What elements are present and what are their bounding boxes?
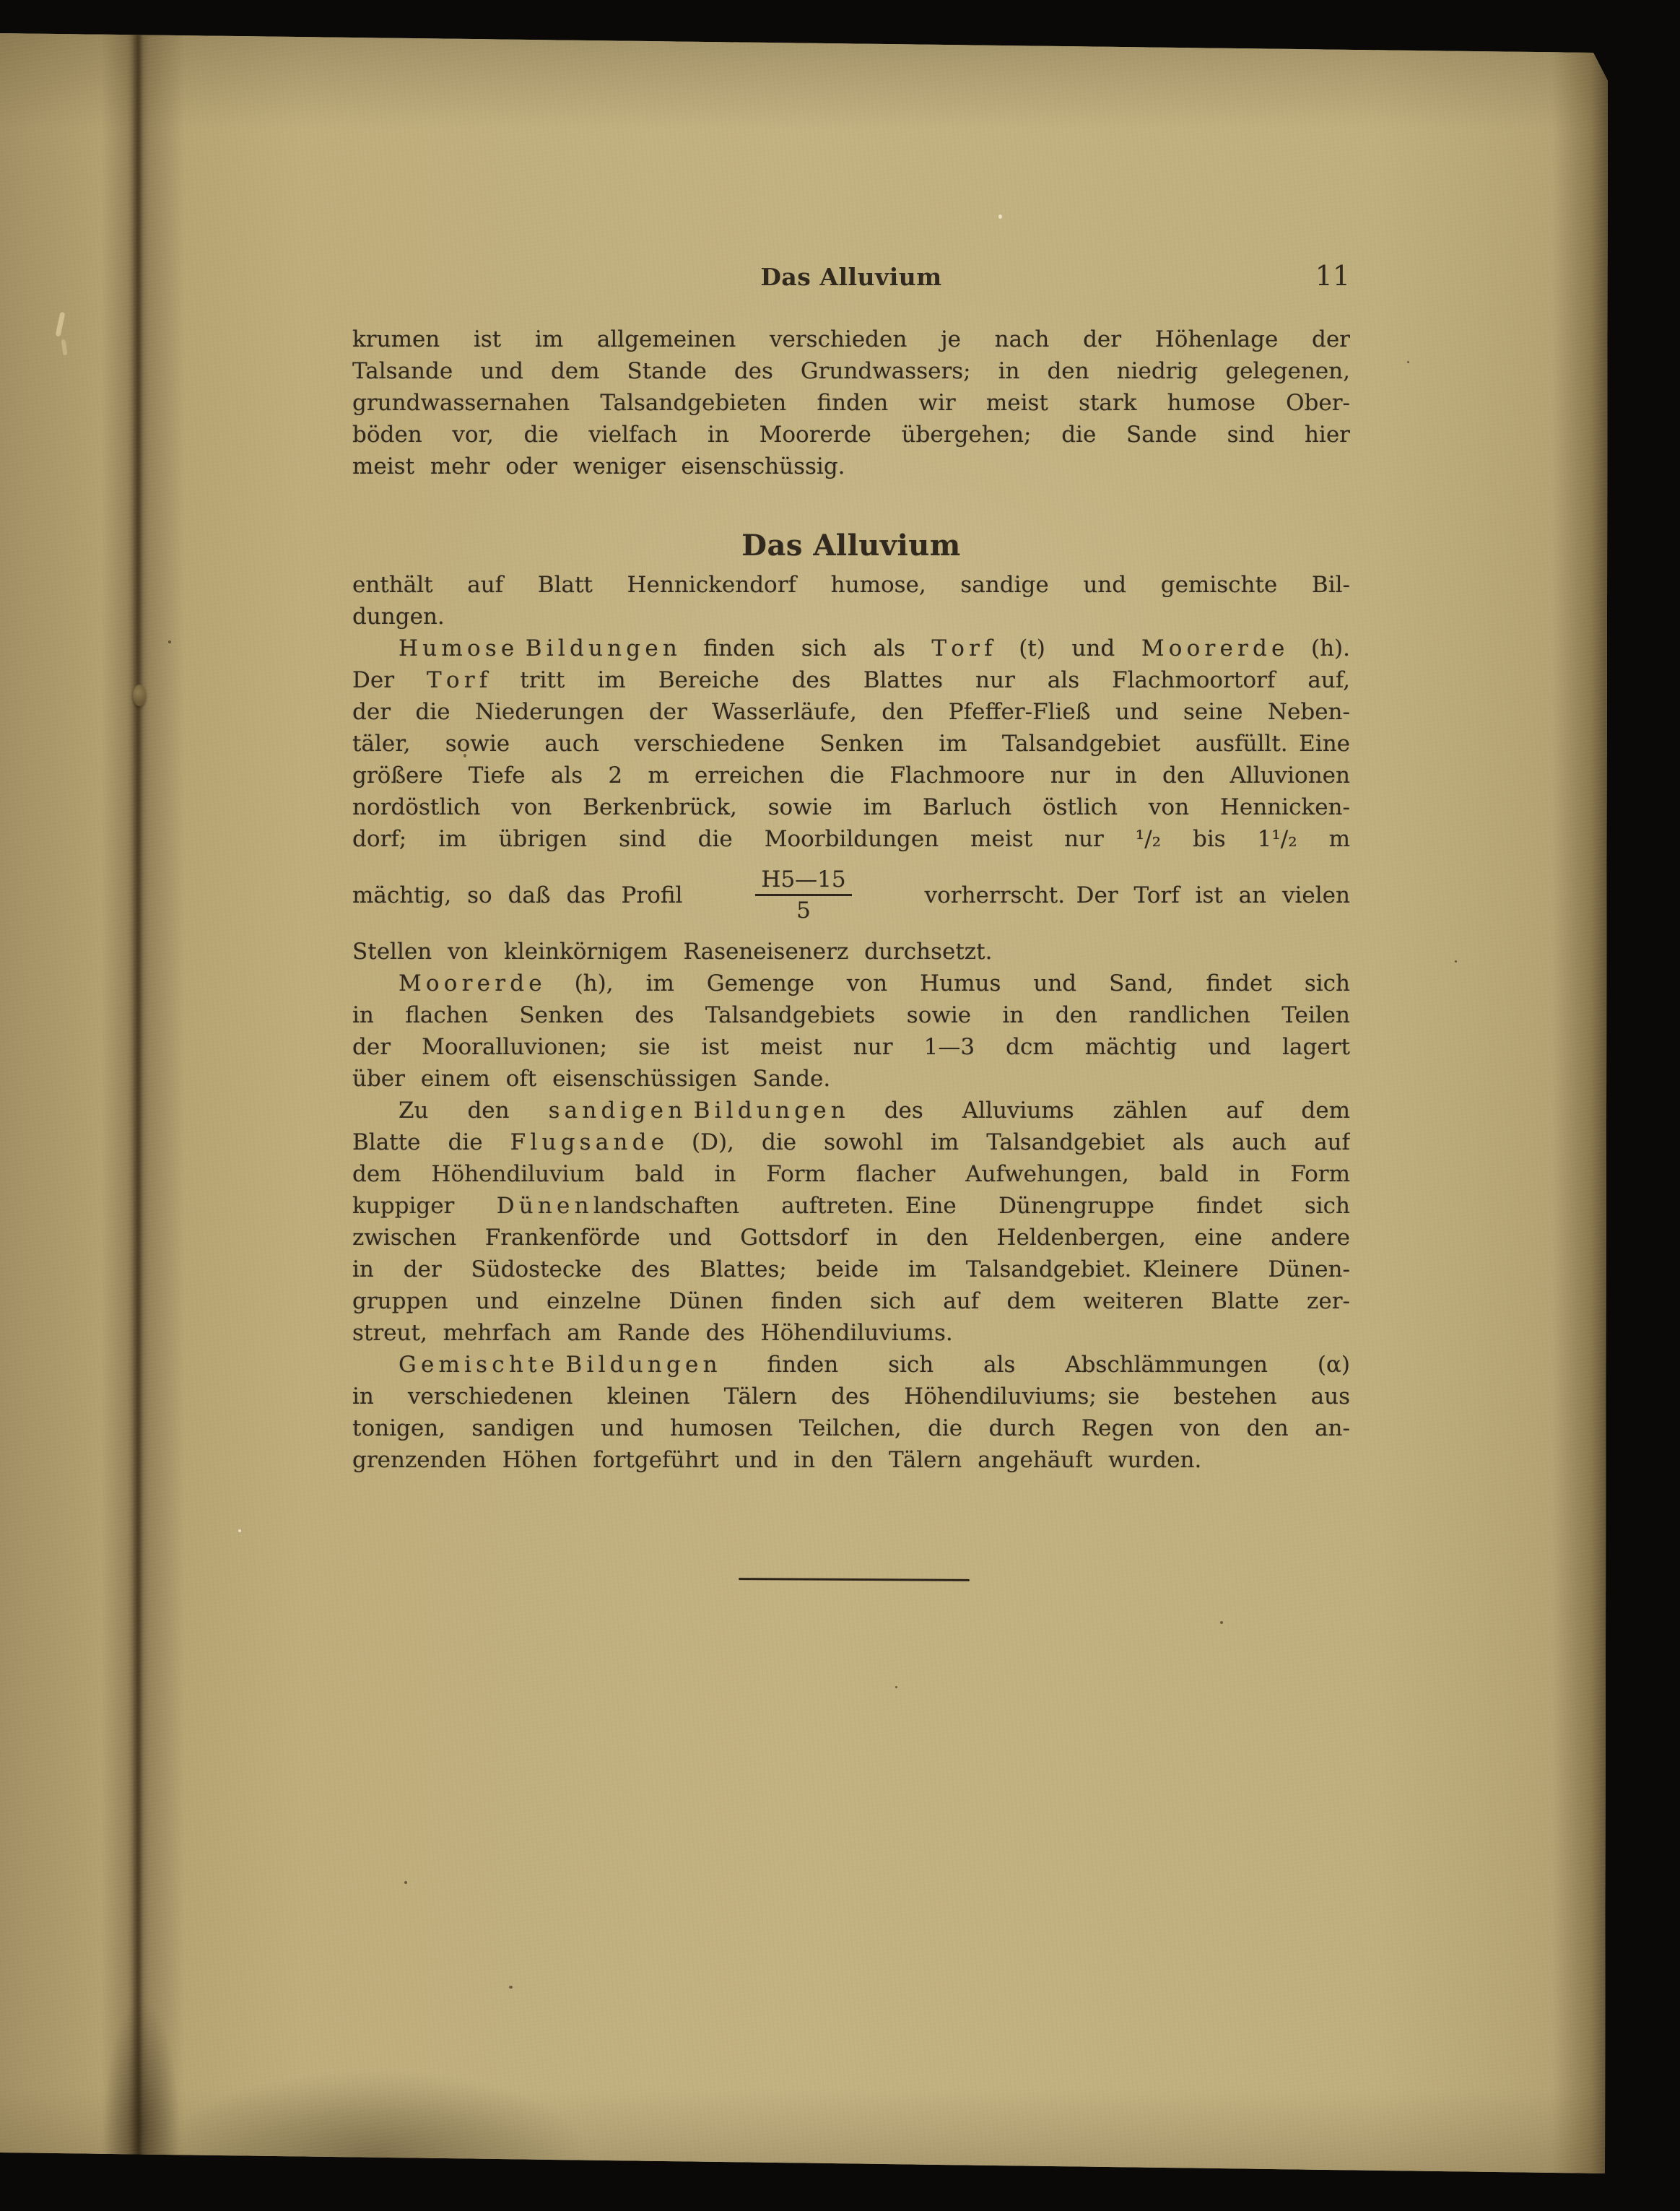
text-line: in verschiedenen kleinen Tälern des Höhe… [352, 1381, 1350, 1412]
text-line: grundwassernahen Talsandgebieten finden … [352, 387, 1350, 419]
gutter-crease [131, 33, 143, 2156]
text-line: dorf; im übrigen sind die Moorbildungen … [352, 823, 1350, 855]
paper-speck [404, 1881, 407, 1884]
paragraph: G e m i s c h t e B i l d u n g e n find… [352, 1349, 1350, 1476]
text-line: böden vor, die vielfach in Moorerde über… [352, 419, 1350, 451]
text-line: gruppen und einzelne Dünen finden sich a… [352, 1285, 1350, 1317]
text-line: dungen. [352, 601, 1350, 633]
text-line: H u m o s e B i l d u n g e n finden sic… [352, 633, 1350, 664]
text-line: tonigen, sandigen und humosen Teilchen, … [352, 1412, 1350, 1444]
text-line: kuppiger D ü n e n landschaften auftrete… [352, 1190, 1350, 1222]
page-number: 11 [1315, 260, 1350, 292]
text-line: nordöstlich von Berkenbrück, sowie im Ba… [352, 791, 1350, 823]
binding-thread [56, 312, 66, 337]
book-page: Das Alluvium 11 krumen ist im allgemeine… [0, 0, 1611, 2211]
fraction-before-text: mächtig, so daß das Profil [352, 879, 682, 911]
text-line: streut, mehrfach am Rande des Höhendiluv… [352, 1317, 1350, 1349]
text-line: mächtig, so daß das ProfilH5—155vorherrs… [352, 855, 1350, 936]
paper-speck [509, 1986, 513, 1989]
text-line: grenzenden Höhen fortgeführt und in den … [352, 1444, 1350, 1476]
text-line: täler, sowie auch verschiedene Senken im… [352, 728, 1350, 760]
text-line: zwischen Frankenförde und Gottsdorf in d… [352, 1222, 1350, 1254]
text-line: dem Höhendiluvium bald in Form flacher A… [352, 1158, 1350, 1190]
running-header: Das Alluvium 11 [352, 261, 1350, 293]
text-line: größere Tiefe als 2 m erreichen die Flac… [352, 760, 1350, 791]
stitch-knot [133, 685, 146, 706]
fraction-numerator: H5—15 [755, 868, 851, 896]
running-header-title: Das Alluvium [352, 261, 1350, 293]
text-line: in der Südostecke des Blattes; beide im … [352, 1254, 1350, 1285]
section-divider [739, 1578, 970, 1581]
paper-speck [998, 214, 1002, 219]
text-line: Talsande und dem Stande des Grundwassers… [352, 355, 1350, 387]
paper-speck [1220, 1621, 1223, 1624]
paper-speck [238, 1529, 241, 1532]
paragraph: M o o r e r d e (h), im Gemenge von Humu… [352, 968, 1350, 1095]
fraction-after-text: vorherrscht. Der Torf ist an vielen [925, 879, 1350, 911]
scanned-page-view: Das Alluvium 11 krumen ist im allgemeine… [0, 0, 1680, 2211]
text-line: in flachen Senken des Talsandgebiets sow… [352, 999, 1350, 1031]
paragraph: enthält auf Blatt Hennickendorf humose, … [352, 569, 1350, 633]
text-line: Zu den s a n d i g e n B i l d u n g e n… [352, 1095, 1350, 1126]
binding-thread [61, 339, 67, 356]
text-body: krumen ist im allgemeinen verschieden je… [352, 323, 1350, 1476]
text-line: G e m i s c h t e B i l d u n g e n find… [352, 1349, 1350, 1381]
text-line: über einem oft eisenschüssigen Sande. [352, 1063, 1350, 1095]
text-line: Der T o r f tritt im Bereiche des Blatte… [352, 664, 1350, 696]
paper-speck [168, 640, 171, 643]
profile-fraction: H5—155 [755, 868, 851, 923]
text-line: der die Niederungen der Wasserläufe, den… [352, 696, 1350, 728]
section-heading: Das Alluvium [352, 524, 1350, 568]
text-line: der Mooralluvionen; sie ist meist nur 1—… [352, 1031, 1350, 1063]
paper-speck [1455, 960, 1457, 963]
paper-speck [895, 1686, 897, 1688]
paragraph: krumen ist im allgemeinen verschieden je… [352, 323, 1350, 482]
text-line: enthält auf Blatt Hennickendorf humose, … [352, 569, 1350, 601]
text-line: meist mehr oder weniger eisenschüssig. [352, 451, 1350, 482]
paragraph: Zu den s a n d i g e n B i l d u n g e n… [352, 1095, 1350, 1349]
text-line: Stellen von kleinkörnigem Raseneisenerz … [352, 936, 1350, 968]
paper-speck [1407, 361, 1409, 363]
text-line: M o o r e r d e (h), im Gemenge von Humu… [352, 968, 1350, 999]
paragraph: H u m o s e B i l d u n g e n finden sic… [352, 633, 1350, 968]
fraction-denominator: 5 [796, 896, 811, 923]
text-line: krumen ist im allgemeinen verschieden je… [352, 323, 1350, 355]
text-line: Blatte die F l u g s a n d e (D), die so… [352, 1126, 1350, 1158]
